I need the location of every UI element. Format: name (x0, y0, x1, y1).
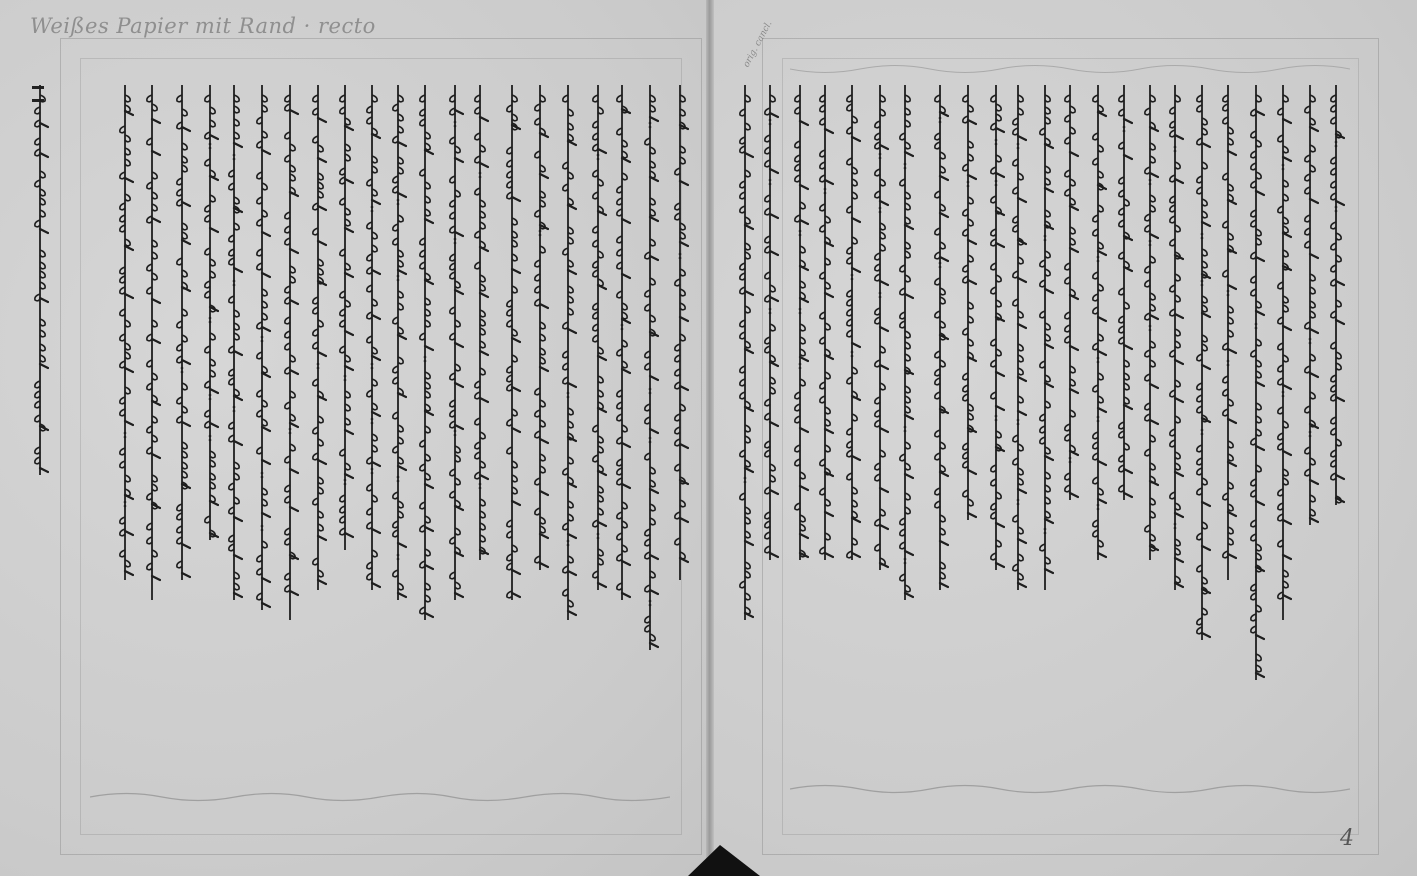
left-vine-ornament-bottom (90, 790, 670, 804)
right-page-text-column (1274, 85, 1292, 620)
script-column-strokes (531, 85, 549, 570)
page-number: 4 (1340, 826, 1354, 851)
script-column-strokes (1141, 85, 1159, 560)
right-page-text-column (1061, 85, 1079, 500)
script-column-strokes (736, 85, 754, 620)
margin-text-column (31, 85, 49, 475)
script-column-strokes (1247, 85, 1265, 680)
script-column-strokes (446, 85, 464, 600)
script-column-strokes (1036, 85, 1054, 590)
right-page-text-column (987, 85, 1005, 570)
right-vine-ornament-bottom (790, 782, 1350, 796)
right-page-text-column (959, 85, 977, 520)
script-column-strokes (173, 85, 191, 580)
script-column-strokes (761, 85, 779, 560)
script-column-strokes (613, 85, 631, 600)
right-page-text-column (1327, 85, 1345, 505)
right-page-text-column (791, 85, 809, 560)
script-column-strokes (253, 85, 271, 610)
script-column-strokes (309, 85, 327, 590)
right-page-text-column (843, 85, 861, 560)
script-column-strokes (416, 85, 434, 620)
script-column-strokes (225, 85, 243, 600)
right-page-text-column (1009, 85, 1027, 590)
script-column-strokes (1089, 85, 1107, 560)
script-column-strokes (671, 85, 689, 580)
left-page-text-column (641, 85, 659, 650)
script-column-strokes (816, 85, 834, 560)
script-column-strokes (143, 85, 161, 600)
right-page-text-column (1301, 85, 1319, 525)
right-page-text-column (1036, 85, 1054, 590)
left-page-text-column (471, 85, 489, 560)
right-vine-ornament-top (790, 62, 1350, 76)
script-column-strokes (589, 85, 607, 590)
script-column-strokes (363, 85, 381, 590)
script-column-strokes (1115, 85, 1133, 500)
left-page-text-column (201, 85, 219, 540)
script-column-strokes (1301, 85, 1319, 525)
left-page-text-column (559, 85, 577, 620)
right-page-text-column (931, 85, 949, 590)
left-page-text-column (446, 85, 464, 600)
script-column-strokes (1061, 85, 1079, 500)
left-page-text-column (503, 85, 521, 600)
script-column-strokes (931, 85, 949, 590)
right-page-text-column (1193, 85, 1211, 640)
manuscript-spread: Weißes Papier mit Rand · recto orig. can… (0, 0, 1417, 876)
script-column-strokes (116, 85, 134, 580)
script-column-strokes (559, 85, 577, 620)
script-column-strokes (1193, 85, 1211, 640)
script-column-strokes (503, 85, 521, 600)
left-page-text-column (531, 85, 549, 570)
script-column-strokes (1219, 85, 1237, 580)
script-column-strokes (336, 85, 354, 550)
right-page-text-column (1166, 85, 1184, 590)
left-page-text-column (336, 85, 354, 550)
right-page-text-column (816, 85, 834, 560)
pencil-annotation: Weißes Papier mit Rand · recto (30, 14, 376, 38)
script-column-strokes (471, 85, 489, 560)
left-page-text-column (116, 85, 134, 580)
script-column-strokes (389, 85, 407, 600)
left-page-text-column (225, 85, 243, 600)
book-gutter (706, 0, 714, 876)
left-page-text-column (613, 85, 631, 600)
right-page-text-column (1141, 85, 1159, 560)
right-page-text-column (1219, 85, 1237, 580)
script-column-strokes (959, 85, 977, 520)
right-page-text-column (871, 85, 889, 570)
script-column-strokes (871, 85, 889, 570)
right-page-text-column (896, 85, 914, 600)
left-page-text-column (589, 85, 607, 590)
left-page-text-column (173, 85, 191, 580)
right-page-text-column (761, 85, 779, 560)
script-column-strokes (987, 85, 1005, 570)
left-page-text-column (671, 85, 689, 580)
script-column-strokes (201, 85, 219, 540)
script-column-strokes (1009, 85, 1027, 590)
left-page-text-column (309, 85, 327, 590)
left-page-text-column (389, 85, 407, 600)
right-page-text-column (1089, 85, 1107, 560)
script-column-strokes (791, 85, 809, 560)
left-page-text-column (416, 85, 434, 620)
script-column-strokes (281, 85, 299, 620)
right-page-text-column (736, 85, 754, 620)
script-column-strokes (1274, 85, 1292, 620)
right-page-text-column (1247, 85, 1265, 680)
script-column-strokes (641, 85, 659, 650)
script-column-strokes (31, 85, 49, 475)
script-column-strokes (1166, 85, 1184, 590)
right-page-text-column (1115, 85, 1133, 500)
left-page-text-column (363, 85, 381, 590)
script-column-strokes (896, 85, 914, 600)
script-column-strokes (843, 85, 861, 560)
left-page-text-column (253, 85, 271, 610)
left-page-text-column (143, 85, 161, 600)
left-page-text-column (281, 85, 299, 620)
script-column-strokes (1327, 85, 1345, 505)
